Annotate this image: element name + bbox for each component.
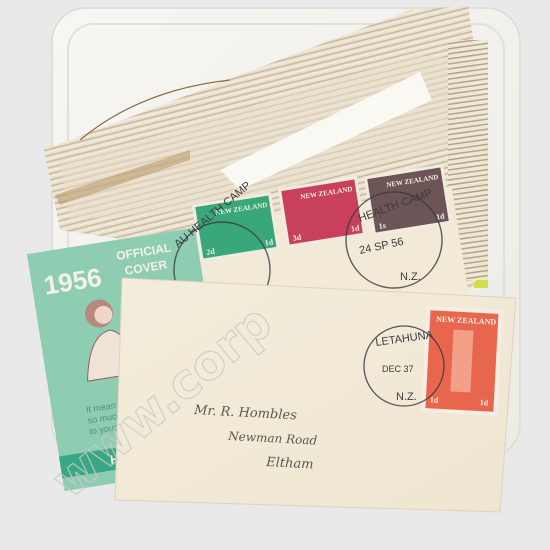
svg-text:1s: 1s: [378, 221, 386, 231]
svg-text:1d: 1d: [480, 398, 489, 407]
svg-text:N.Z.: N.Z.: [400, 271, 421, 283]
stamp-red: NEW ZEALAND 3d 1d: [278, 176, 366, 248]
svg-text:DEC 37: DEC 37: [382, 364, 414, 374]
address-line3: Eltham: [265, 455, 314, 473]
photo-scene: 1956 OFFICIAL COVER It mean so muc to yo…: [0, 0, 550, 550]
stamp-orange: NEW ZEALAND 1d 1d: [421, 306, 502, 416]
svg-text:1d: 1d: [430, 395, 439, 404]
svg-text:N.Z.: N.Z.: [396, 391, 417, 403]
